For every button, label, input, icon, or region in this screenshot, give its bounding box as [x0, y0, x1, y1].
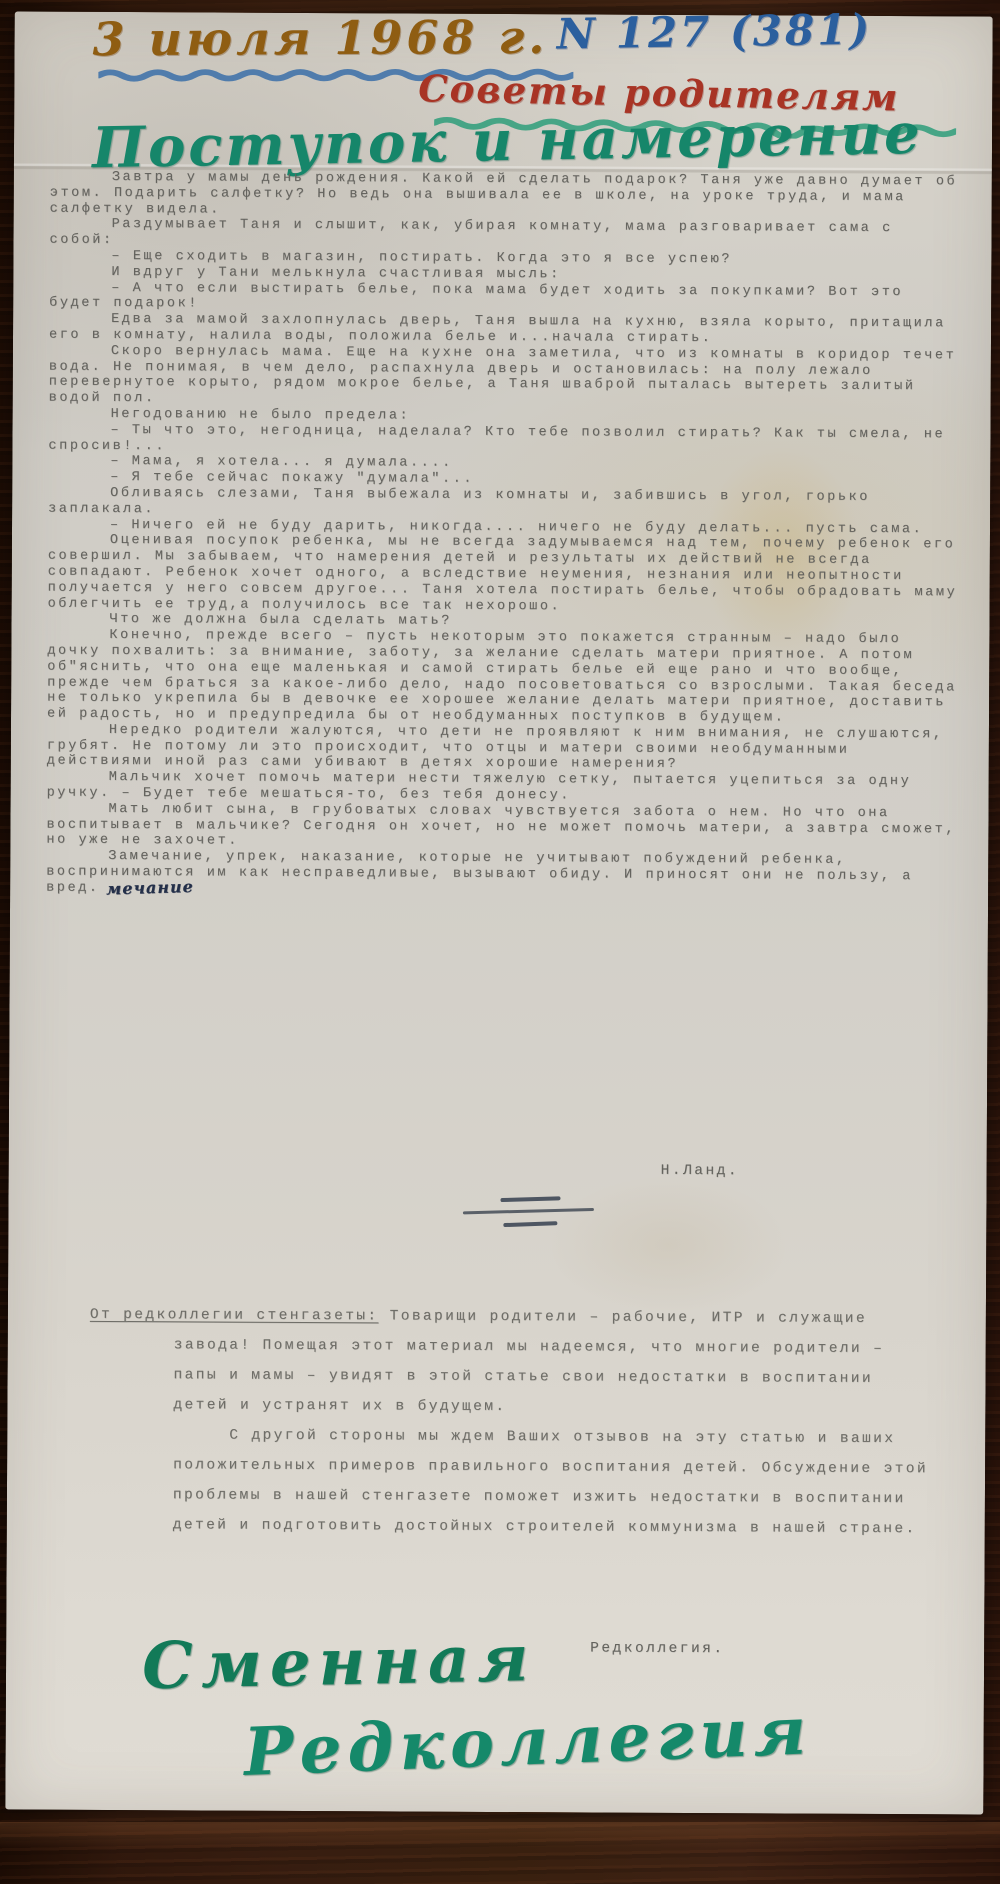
handwritten-correction: мечание: [106, 877, 194, 899]
article-paragraph: Оценивая посупок ребенка, мы не всегда з…: [48, 533, 960, 617]
article-paragraph: Нередко родители жалуются, что дети не п…: [47, 723, 959, 775]
editorial-signature: Редколлегия.: [590, 1640, 725, 1657]
handwritten-issue-number: N 127 (381): [556, 5, 872, 59]
article-body: Завтра у мамы день рождения. Какой ей сд…: [46, 170, 962, 901]
editorial-paragraph: От редколлегии стенгазеты: Товарищи роди…: [173, 1300, 936, 1424]
article-paragraph: Обливаясь слезами, Таня выбежала из комн…: [48, 486, 960, 522]
scanned-newspaper-sheet: 3 июля 1968 г. N 127 (381) Советы родите…: [5, 11, 992, 1814]
article-paragraph: Мальчик хочет помочь матери нести тяжелу…: [47, 770, 959, 806]
author-signature: Н.Ланд.: [661, 1163, 740, 1179]
handwritten-footer-line2: Редколлегия: [242, 1691, 813, 1791]
handwritten-footer-line1: Сменная: [141, 1621, 537, 1704]
table-edge-highlight: [0, 1822, 1000, 1848]
editorial-lead-in: От редколлегии стенгазеты:: [90, 1307, 379, 1325]
divider-strokes-icon: [450, 1192, 600, 1235]
article-paragraph: Завтра у мамы день рождения. Какой ей сд…: [50, 170, 962, 222]
article-paragraph: – Ты что это, негодница, наделала? Кто т…: [48, 422, 960, 458]
article-paragraph: Конечно, прежде всего – пусть некоторым …: [47, 628, 959, 728]
editorial-paragraph-text: Товарищи родители – рабочие, ИТР и служа…: [173, 1308, 884, 1415]
editorial-paragraph: С другой стороны мы ждем Ваших отзывов н…: [173, 1420, 936, 1544]
article-paragraph: Мать любит сына, в грубоватых словах чув…: [46, 802, 958, 854]
editorial-note: От редколлегии стенгазеты: Товарищи роди…: [51, 1300, 936, 1545]
article-paragraph: Раздумывает Таня и слышит, как, убирая к…: [49, 217, 961, 253]
article-paragraph: Скоро вернулась мама. Еще на кухне она з…: [49, 343, 961, 411]
article-paragraph: – А что если выстирать белье, пока мама …: [49, 280, 961, 316]
article-paragraph: Едва за мамой захлопнулась дверь, Таня в…: [49, 312, 961, 348]
handwritten-date: 3 июля 1968 г.: [92, 10, 548, 66]
